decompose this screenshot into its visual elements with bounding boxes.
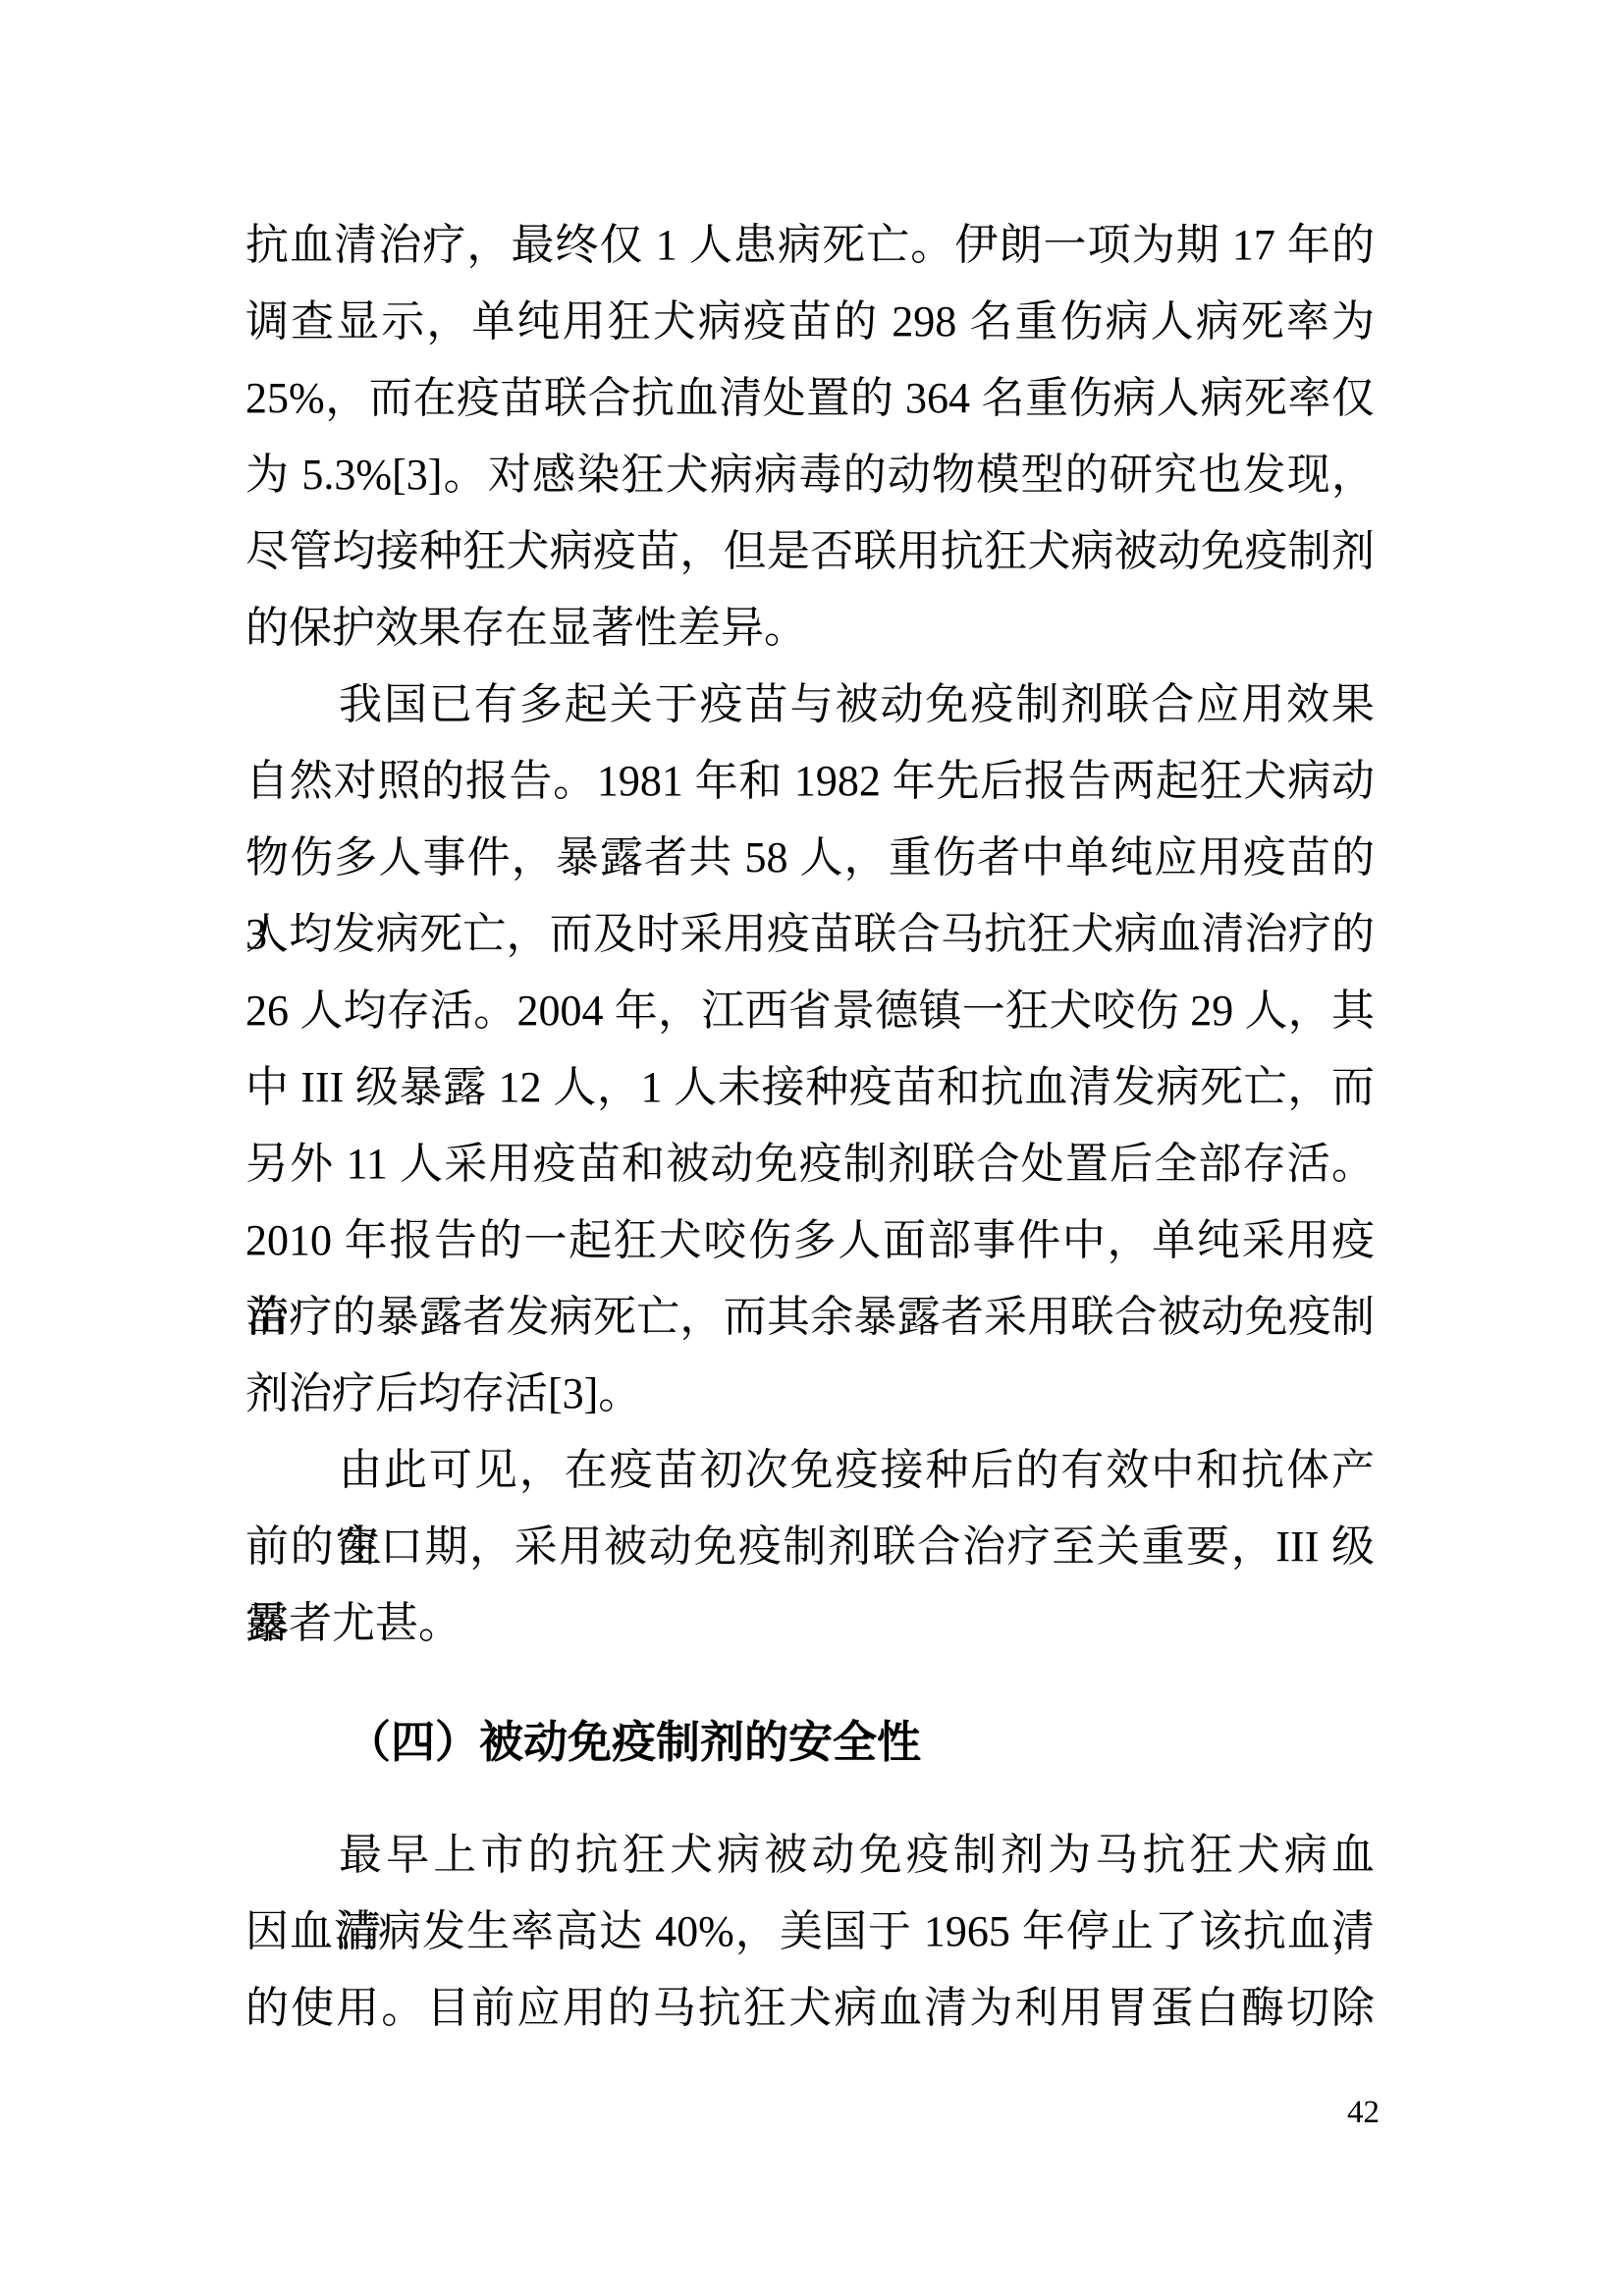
section-heading: （四）被动免疫制剂的安全性: [245, 1704, 1375, 1781]
text-line: 最早上市的抗狂犬病被动免疫制剂为马抗狂犬病血清，: [245, 1817, 1375, 1894]
text-line: 物伤多人事件，暴露者共 58 人，重伤者中单纯应用疫苗的 3: [245, 820, 1375, 896]
paragraph-4: 最早上市的抗狂犬病被动免疫制剂为马抗狂犬病血清， 因血清病发生率高达 40%，美…: [245, 1817, 1375, 2047]
text-line: 调查显示，单纯用狂犬病疫苗的 298 名重伤病人病死率为: [245, 284, 1375, 360]
text-line: 治疗的暴露者发病死亡，而其余暴露者采用联合被动免疫制: [245, 1279, 1375, 1356]
body-text: 抗血清治疗，最终仅 1 人患病死亡。伊朗一项为期 17 年的 调查显示，单纯用狂…: [245, 207, 1375, 2047]
text-line: 抗血清治疗，最终仅 1 人患病死亡。伊朗一项为期 17 年的: [245, 207, 1375, 284]
text-line: 中 III 级暴露 12 人，1 人未接种疫苗和抗血清发病死亡，而: [245, 1049, 1375, 1126]
document-page: 抗血清治疗，最终仅 1 人患病死亡。伊朗一项为期 17 年的 调查显示，单纯用狂…: [0, 0, 1624, 2296]
text-line: 的使用。目前应用的马抗狂犬病血清为利用胃蛋白酶切除: [245, 1970, 1375, 2047]
text-line: 人均发病死亡，而及时采用疫苗联合马抗狂犬病血清治疗的: [245, 896, 1375, 973]
paragraph-2: 我国已有多起关于疫苗与被动免疫制剂联合应用效果 自然对照的报告。1981 年和 …: [245, 667, 1375, 1432]
text-line: 露者尤甚。: [245, 1585, 1375, 1662]
paragraph-1: 抗血清治疗，最终仅 1 人患病死亡。伊朗一项为期 17 年的 调查显示，单纯用狂…: [245, 207, 1375, 667]
text-line: 前的窗口期，采用被动免疫制剂联合治疗至关重要，III 级暴: [245, 1509, 1375, 1585]
text-line: 的保护效果存在显著性差异。: [245, 590, 1375, 667]
text-line: 因血清病发生率高达 40%，美国于 1965 年停止了该抗血清: [245, 1894, 1375, 1970]
text-line: 我国已有多起关于疫苗与被动免疫制剂联合应用效果: [245, 667, 1375, 743]
text-line: 25%，而在疫苗联合抗血清处置的 364 名重伤病人病死率仅: [245, 360, 1375, 437]
text-line: 26 人均存活。2004 年，江西省景德镇一狂犬咬伤 29 人，其: [245, 973, 1375, 1049]
paragraph-3: 由此可见，在疫苗初次免疫接种后的有效中和抗体产生 前的窗口期，采用被动免疫制剂联…: [245, 1432, 1375, 1662]
text-line: 剂治疗后均存活[3]。: [245, 1356, 1375, 1432]
text-line: 尽管均接种狂犬病疫苗，但是否联用抗狂犬病被动免疫制剂: [245, 513, 1375, 590]
text-line: 自然对照的报告。1981 年和 1982 年先后报告两起狂犬病动: [245, 743, 1375, 820]
text-line: 2010 年报告的一起狂犬咬伤多人面部事件中，单纯采用疫苗: [245, 1202, 1375, 1279]
text-line: 为 5.3%[3]。对感染狂犬病病毒的动物模型的研究也发现，: [245, 437, 1375, 513]
text-line: 另外 11 人采用疫苗和被动免疫制剂联合处置后全部存活。: [245, 1126, 1375, 1202]
page-number: 42: [1347, 2097, 1380, 2129]
text-line: 由此可见，在疫苗初次免疫接种后的有效中和抗体产生: [245, 1432, 1375, 1509]
